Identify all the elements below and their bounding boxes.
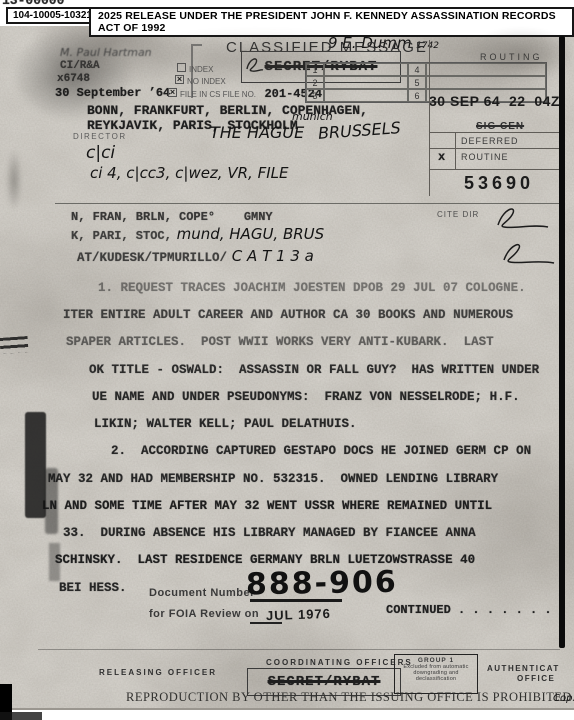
handwritten-distribution: ci 4, c|cc3, c|wez, VR, FILE	[90, 164, 288, 182]
slug-line-2-handwritten: mund, HAGU, BRUS	[172, 225, 324, 243]
releasing-officer-label: RELEASING OFFICER	[99, 668, 217, 677]
body-line: 1. REQUEST TRACES JOACHIM JOESTEN DPOB 2…	[98, 281, 526, 295]
body-line: LN AND SOME TIME AFTER MAY 32 WENT USSR …	[42, 499, 492, 513]
body-line: MAY 32 AND HAD MEMBERSHIP NO. 532315. OW…	[48, 472, 498, 486]
group-1-text: declassification	[395, 676, 477, 682]
scan-artifact-strip	[25, 412, 46, 518]
body-line: BEI HESS.	[59, 581, 127, 595]
scan-artifact-strip	[45, 468, 58, 534]
scan-artifact-blob	[120, 30, 390, 88]
scan-artifact-corner	[0, 712, 42, 720]
routing-cell-3: 3	[306, 89, 324, 102]
sig-cen-label: SIG CEN	[476, 121, 524, 132]
handwritten-city-munich: munich	[292, 110, 333, 123]
form-line	[429, 132, 560, 133]
handwritten-orig-1: c|ci	[86, 143, 115, 163]
routine-checkmark: x	[438, 150, 445, 164]
routing-cell-3-blank	[324, 89, 408, 102]
body-line: SCHINSKY. LAST RESIDENCE GERMANY BRLN LU…	[55, 553, 475, 567]
file-checkbox: ×	[168, 88, 177, 97]
routing-cell-6: 6	[408, 89, 426, 102]
handwritten-initials-icon	[490, 205, 552, 233]
handwritten-city-hague: THE HAGUE	[210, 123, 304, 142]
form-line	[429, 40, 430, 196]
slug-line-1: N, FRAN, BRLN, COPE° GMNY	[71, 210, 273, 224]
reproduction-notice: REPRODUCTION BY OTHER THAN THE ISSUING O…	[126, 690, 574, 705]
scan-artifact-blob	[468, 28, 574, 80]
footer-classification-stamp: SECRET/RYBAT	[268, 674, 381, 690]
date-time-group-stamp: 30 SEP 64 22 04Z	[429, 93, 560, 109]
group-1-box: GROUP 1 Excluded from automatic downgrad…	[394, 654, 478, 694]
slug-line-3-typed: AT/KUDESK/TPMURILLO/	[77, 251, 227, 265]
scan-artifact-marks	[0, 336, 29, 354]
form-line	[429, 169, 560, 170]
body-line: 33. DURING ABSENCE HIS LIBRARY MANAGED B…	[63, 526, 476, 540]
scan-artifact-strip	[49, 543, 60, 581]
group-1-title: GROUP 1	[395, 657, 477, 664]
copy-label: Cop	[553, 693, 572, 704]
body-line: LIKIN; WALTER KELL; PAUL DELATHUIS.	[94, 417, 357, 431]
body-line: 2. ACCORDING CAPTURED GESTAPO DOCS HE JO…	[111, 444, 531, 458]
cite-dir-label: CITE DIR	[437, 210, 479, 219]
file-label: FILE IN CS FILE NO.	[180, 90, 256, 99]
record-number-box: 104-10005-10321	[6, 7, 99, 24]
section-separator	[55, 203, 560, 204]
authenticating-officer-label-2: OFFICE	[517, 674, 555, 683]
scan-artifact-blob	[12, 28, 134, 122]
serial-number-stamp: 53690	[464, 173, 534, 194]
routine-label: ROUTINE	[461, 152, 509, 162]
form-line	[429, 148, 560, 149]
document-number-label: Document Number	[149, 587, 255, 599]
foia-date-stamp: JUL 1976	[266, 606, 331, 623]
coordinating-officers-label: COORDINATING OFFICERS	[266, 658, 413, 667]
body-line: SPAPER ARTICLES. POST WWII WORKS VERY AN…	[66, 335, 494, 349]
scanned-document-page: 13-00000 104-10005-10321 2025 RELEASE UN…	[0, 0, 574, 720]
slug-line-2-typed: K, PARI, STOC,	[71, 229, 172, 243]
slug-line-2: K, PARI, STOC, mund, HAGU, BRUS	[71, 225, 324, 244]
routing-cell-5: 5	[408, 76, 426, 89]
document-number-handwritten: 888-906	[246, 565, 398, 603]
slug-line-3: AT/KUDESK/TPMURILLO/ C A T 1 3 a	[77, 247, 314, 266]
continued-label: CONTINUED . . . . . . . .	[386, 603, 566, 617]
form-line	[38, 649, 560, 650]
body-line: ITER ENTIRE ADULT CAREER AND AUTHOR CA 3…	[63, 308, 513, 322]
body-line: UE NAME AND UNDER PSEUDONYMS: FRANZ VON …	[92, 390, 520, 404]
director-label: DIRECTOR	[73, 132, 127, 141]
routing-cell-4: 4	[408, 63, 426, 76]
handwritten-underline	[250, 599, 342, 602]
scan-artifact-right-bar	[559, 36, 565, 648]
slug-line-3-handwritten: C A T 1 3 a	[227, 247, 314, 265]
scan-artifact-blob	[6, 148, 22, 212]
foia-review-label: for FOIA Review on	[149, 608, 259, 620]
deferred-label: DEFERRED	[461, 136, 519, 146]
body-line: OK TITLE - OSWALD: ASSASSIN OR FALL GUY?…	[89, 363, 539, 377]
form-line	[455, 132, 456, 169]
authenticating-officer-label: AUTHENTICAT	[487, 664, 560, 673]
handwritten-initials-icon	[498, 240, 560, 268]
